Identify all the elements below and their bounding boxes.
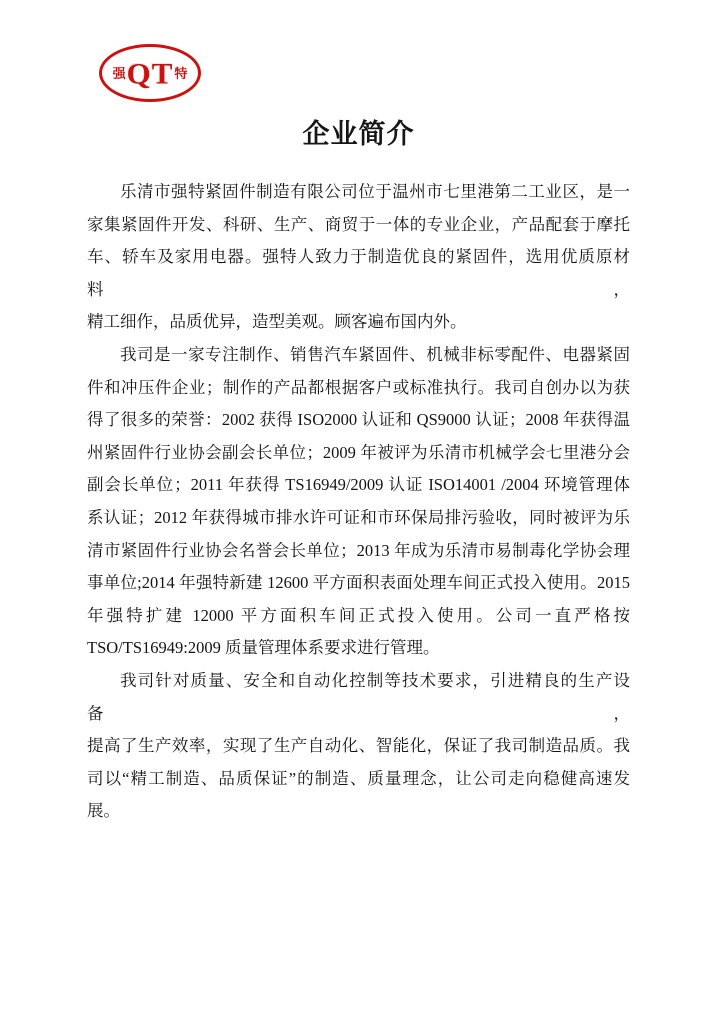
text-line: 系认证；2012 年获得城市排水许可证和市环保局排污验收，同时被评为乐 <box>87 502 630 535</box>
logo-left-character: 强 <box>113 67 126 80</box>
text-line: 州紧固件行业协会副会长单位；2009 年被评为乐清市机械学会七里港分会 <box>87 437 630 470</box>
text-line: 乐清市强特紧固件制造有限公司位于温州市七里港第二工业区，是一 <box>87 176 630 209</box>
text-line: 提高了生产效率，实现了生产自动化、智能化，保证了我司制造品质。我 <box>87 730 630 763</box>
paragraph-quality-philosophy: 我司针对质量、安全和自动化控制等技术要求，引进精良的生产设备， 提高了生产效率，… <box>87 665 630 828</box>
text-line: 车、轿车及家用电器。强特人致力于制造优良的紧固件，选用优质原材料， <box>87 241 630 306</box>
logo-qt-text: QT <box>127 58 174 87</box>
text-line: 年强特扩建 12000 平方面积车间正式投入使用。公司一直严格按 <box>87 600 630 633</box>
paragraph-honors-history: 我司是一家专注制作、销售汽车紧固件、机械非标零配件、电器紧固 件和冲压件企业；制… <box>87 339 630 665</box>
text-line: 司以“精工制造、品质保证”的制造、质量理念，让公司走向稳健高速发 <box>87 763 630 796</box>
text-line: 我司针对质量、安全和自动化控制等技术要求，引进精良的生产设备， <box>87 665 630 730</box>
paragraph-company-overview: 乐清市强特紧固件制造有限公司位于温州市七里港第二工业区，是一 家集紧固件开发、科… <box>87 176 630 339</box>
text-line: 事单位;2014 年强特新建 12600 平方面积表面处理车间正式投入使用。20… <box>87 567 630 600</box>
document-page: 强 QT 特 企业简介 乐清市强特紧固件制造有限公司位于温州市七里港第二工业区，… <box>0 0 714 1010</box>
text-line: 件和冲压件企业；制作的产品都根据客户或标准执行。我司自创办以为获 <box>87 372 630 405</box>
text-line: 精工细作，品质优异，造型美观。顾客遍布国内外。 <box>87 306 630 339</box>
text-line: TSO/TS16949:2009 质量管理体系要求进行管理。 <box>87 632 630 665</box>
text-line: 得了很多的荣誉：2002 获得 ISO2000 认证和 QS9000 认证；20… <box>87 404 630 437</box>
page-title: 企业简介 <box>87 112 630 151</box>
text-line: 我司是一家专注制作、销售汽车紧固件、机械非标零配件、电器紧固 <box>87 339 630 372</box>
text-line: 展。 <box>87 795 630 828</box>
text-line: 副会长单位；2011 年获得 TS16949/2009 认证 ISO14001 … <box>87 469 630 502</box>
logo-right-character: 特 <box>174 67 187 80</box>
company-logo: 强 QT 特 <box>99 44 201 102</box>
document-body: 乐清市强特紧固件制造有限公司位于温州市七里港第二工业区，是一 家集紧固件开发、科… <box>87 176 630 828</box>
text-line: 家集紧固件开发、科研、生产、商贸于一体的专业企业，产品配套于摩托 <box>87 209 630 242</box>
text-line: 清市紧固件行业协会名誉会长单位；2013 年成为乐清市易制毒化学协会理 <box>87 535 630 568</box>
